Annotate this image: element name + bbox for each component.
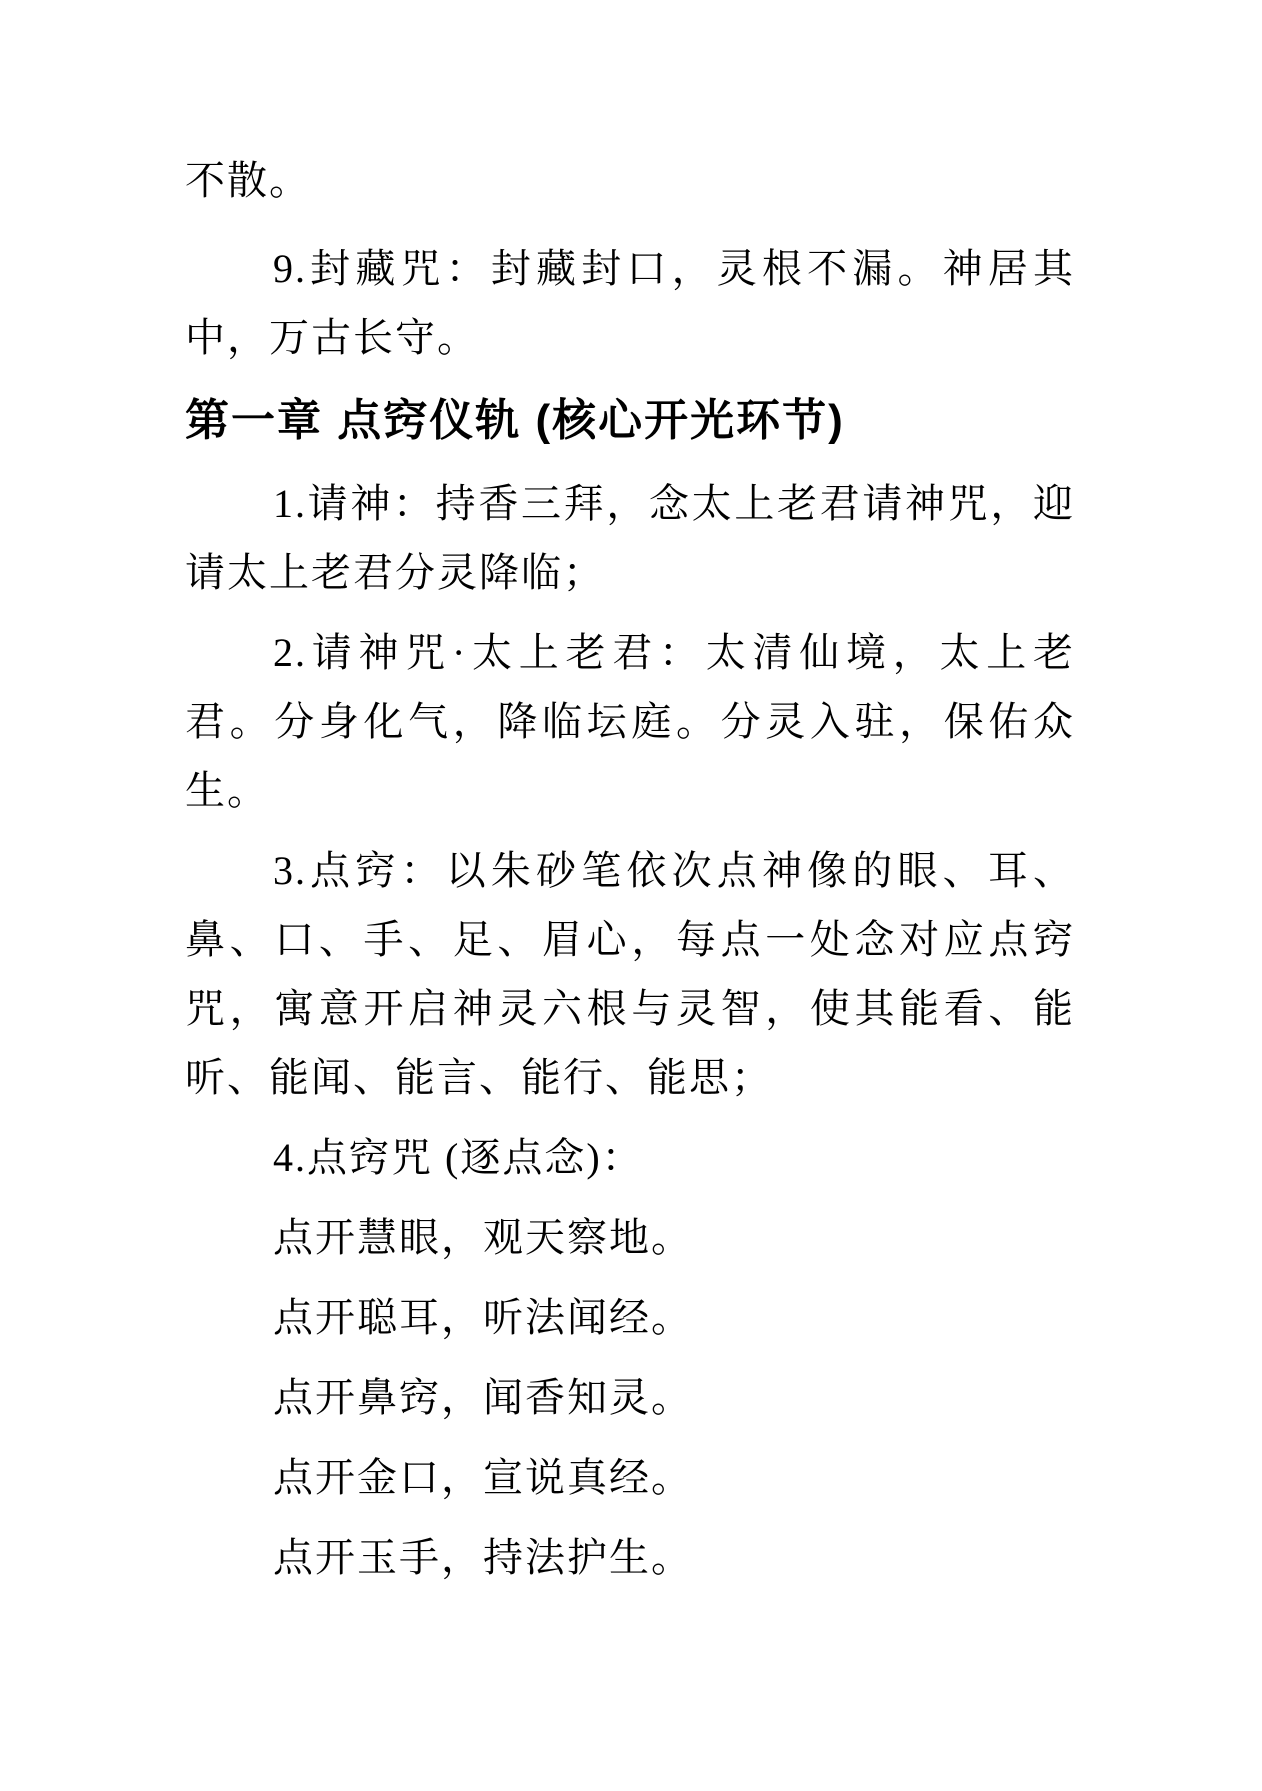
text-line: 不散。 bbox=[185, 146, 1075, 215]
text-line: 点开聪耳，听法闻经。 bbox=[185, 1283, 1075, 1352]
paragraph-dotting-chant-title: 4.点窍咒 (逐点念)： bbox=[185, 1123, 1075, 1192]
text-line: 咒，寓意开启神灵六根与灵智，使其能看、能 bbox=[185, 974, 1075, 1043]
text-line: 中，万古长守。 bbox=[185, 303, 1075, 372]
paragraph-invite-chant: 2.请神咒·太上老君：太清仙境，太上老 君。分身化气，降临坛庭。分灵入驻，保佑众… bbox=[185, 618, 1075, 825]
chant-line-nose: 点开鼻窍，闻香知灵。 bbox=[185, 1363, 1075, 1432]
text-line: 点开金口，宣说真经。 bbox=[185, 1443, 1075, 1512]
text-line: 4.点窍咒 (逐点念)： bbox=[185, 1123, 1075, 1192]
text-line: 点开慧眼，观天察地。 bbox=[185, 1203, 1075, 1272]
text-line: 点开玉手，持法护生。 bbox=[185, 1523, 1075, 1592]
paragraph-seal-chant: 9.封藏咒：封藏封口，灵根不漏。神居其 中，万古长守。 bbox=[185, 234, 1075, 372]
text-line: 君。分身化气，降临坛庭。分灵入驻，保佑众 bbox=[185, 687, 1075, 756]
text-line: 鼻、口、手、足、眉心，每点一处念对应点窍 bbox=[185, 905, 1075, 974]
chapter-heading: 第一章 点窍仪轨 (核心开光环节) bbox=[185, 383, 1075, 458]
paragraph-invite-deity: 1.请神：持香三拜，念太上老君请神咒，迎 请太上老君分灵降临； bbox=[185, 469, 1075, 607]
chant-line-mouth: 点开金口，宣说真经。 bbox=[185, 1443, 1075, 1512]
text-line: 点开鼻窍，闻香知灵。 bbox=[185, 1363, 1075, 1432]
text-line: 9.封藏咒：封藏封口，灵根不漏。神居其 bbox=[185, 234, 1075, 303]
document-page: 不散。 9.封藏咒：封藏封口，灵根不漏。神居其 中，万古长守。 第一章 点窍仪轨… bbox=[0, 0, 1262, 1791]
chant-line-hands: 点开玉手，持法护生。 bbox=[185, 1523, 1075, 1592]
text-line: 听、能闻、能言、能行、能思； bbox=[185, 1043, 1075, 1112]
text-line: 生。 bbox=[185, 756, 1075, 825]
paragraph-dotting: 3.点窍：以朱砂笔依次点神像的眼、耳、 鼻、口、手、足、眉心，每点一处念对应点窍… bbox=[185, 836, 1075, 1112]
chant-line-eyes: 点开慧眼，观天察地。 bbox=[185, 1203, 1075, 1272]
document-body: 不散。 9.封藏咒：封藏封口，灵根不漏。神居其 中，万古长守。 第一章 点窍仪轨… bbox=[185, 146, 1075, 1603]
text-line: 1.请神：持香三拜，念太上老君请神咒，迎 bbox=[185, 469, 1075, 538]
text-line: 请太上老君分灵降临； bbox=[185, 538, 1075, 607]
chant-line-ears: 点开聪耳，听法闻经。 bbox=[185, 1283, 1075, 1352]
text-line: 2.请神咒·太上老君：太清仙境，太上老 bbox=[185, 618, 1075, 687]
paragraph-trailing: 不散。 bbox=[185, 146, 1075, 215]
text-line: 3.点窍：以朱砂笔依次点神像的眼、耳、 bbox=[185, 836, 1075, 905]
